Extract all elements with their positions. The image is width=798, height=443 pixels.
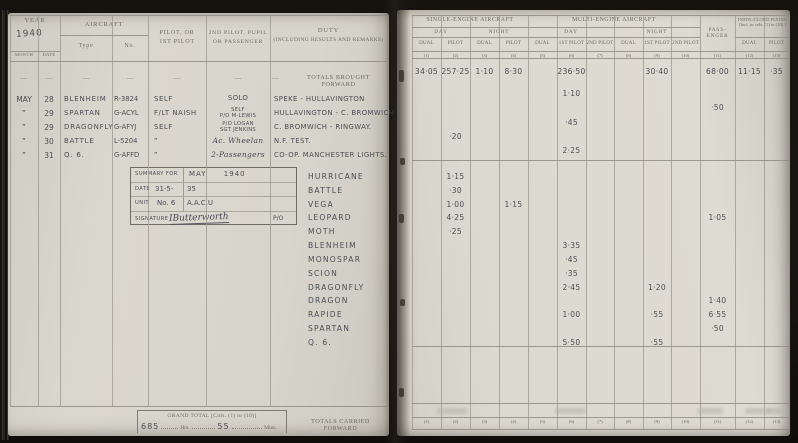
sub-column-header: DUAL [470, 37, 499, 51]
ruled-dash: — [60, 74, 112, 82]
row-line [412, 27, 700, 28]
column-number: (3) [470, 52, 499, 59]
totals-brought-forward-value: 8·30 [499, 67, 528, 76]
summary-hours-value: 4·25 [441, 213, 470, 222]
summary-hours-value: 1·15 [499, 200, 528, 209]
column-number: (11) [700, 52, 735, 59]
year-header: YEAR [10, 17, 60, 24]
aircraft-summary-name: MOTH [308, 227, 336, 236]
column-line [789, 15, 790, 429]
summary-hours-value: 6·55 [700, 310, 735, 319]
gutter-mark [399, 388, 404, 397]
summary-box: SUMMARY FOR MAY 1940 DATE 31-5- 35 UNIT … [130, 167, 297, 225]
entry-date: 29 [38, 123, 60, 132]
dotted-leader [161, 428, 178, 429]
summary-hours-value: ·45 [557, 255, 586, 264]
column-number: (6) [557, 52, 586, 59]
gutter-mark [399, 70, 404, 82]
column-line [528, 15, 529, 429]
ruled-dash: — [148, 74, 206, 82]
summary-box-row: DATE 31-5- 35 [131, 183, 296, 198]
entry-month: ” [10, 123, 38, 132]
entry-month: MAY [10, 95, 38, 104]
ruled-dash: — [38, 74, 60, 82]
instr-cloud-flying-header: INSTR./CLOUD FLYING [Incl. in cols. (1) … [737, 17, 788, 27]
hrs-label: Hrs. [180, 425, 189, 431]
sub-column-header: DUAL [735, 37, 764, 51]
aircraft-summary-name: BATTLE [308, 186, 343, 195]
entry-hours-value: 2·25 [557, 146, 586, 155]
column-number: (4) [499, 418, 528, 425]
entry-pilot: ” [154, 137, 158, 145]
gutter-mark [400, 158, 405, 165]
entry-second-pilot: 2-Passengers [206, 150, 270, 159]
ruled-dash: — [206, 74, 270, 82]
entry-month: ” [10, 151, 38, 160]
entry-aircraft-no: G-ACYL [114, 109, 139, 117]
totals-brought-forward-value: 68·00 [700, 67, 735, 76]
aircraft-header: AIRCRAFT [60, 21, 148, 28]
totals-brought-forward-value: 236·50 [557, 67, 586, 76]
row-line [10, 61, 387, 62]
faint-pencil-mark [437, 408, 467, 414]
entry-hours-value: ·20 [441, 132, 470, 141]
column-number: (5) [528, 418, 557, 425]
sub-column-header: PILOT [441, 37, 470, 51]
sub-column-header: PILOT [499, 37, 528, 51]
column-line [586, 15, 587, 429]
column-number: (9) [643, 52, 671, 59]
summary-hours-value: ·55 [643, 310, 671, 319]
column-number: (4) [499, 52, 528, 59]
column-number: (9) [643, 418, 671, 425]
row-line [412, 160, 789, 161]
summary-hours-value: 1·00 [557, 310, 586, 319]
column-number: (8) [614, 418, 643, 425]
passenger-header: PASS-ENGER [701, 18, 734, 48]
faint-pencil-mark [697, 408, 723, 414]
aircraft-summary-name: SPARTAN [308, 324, 350, 333]
column-line [735, 15, 736, 429]
duty-header-line2: (INCLUDING RESULTS AND REMARKS) [270, 37, 387, 43]
second-pilot-header-line1: 2ND PILOT, PUPIL [206, 30, 270, 36]
summary-hours-value: 3·35 [557, 241, 586, 250]
faint-pencil-mark [555, 408, 585, 414]
row-line [412, 15, 789, 16]
row-line [412, 429, 789, 430]
column-number: (8) [614, 52, 643, 59]
entry-date: 30 [38, 137, 60, 146]
grand-total-label: GRAND TOTAL [Cols. (1) to (10)] [138, 413, 286, 419]
column-number: (5) [528, 52, 557, 59]
dotted-leader [192, 428, 216, 429]
entry-hours-value: 1·10 [557, 89, 586, 98]
summary-box-row: UNIT No. 6 A.A.C.U [131, 197, 296, 212]
summary-hours-value: ·30 [441, 186, 470, 195]
ruled-dash: — [10, 74, 38, 82]
summary-hours-value: 1·00 [441, 200, 470, 209]
row-line [412, 403, 789, 404]
totals-brought-forward-value: 34·05 [412, 67, 441, 76]
totals-brought-forward-label: TOTALS BROUGHT FORWARD [290, 74, 387, 88]
totals-brought-forward-value: 1·10 [470, 67, 499, 76]
second-pilot-header-line2: OR PASSENGER [206, 39, 270, 45]
entry-date: 29 [38, 109, 60, 118]
column-line [270, 15, 271, 406]
summary-hours-value: 1·20 [643, 283, 671, 292]
entry-date: 31 [38, 151, 60, 160]
aircraft-summary-name: VEGA [308, 200, 334, 209]
column-line [499, 15, 500, 429]
grand-total-minutes: 55 [217, 422, 229, 431]
aircraft-summary-name: BLENHEIM [308, 241, 357, 250]
duty-header-line1: DUTY [270, 27, 387, 34]
entry-aircraft-type: BATTLE [64, 137, 95, 145]
column-number: (13) [764, 418, 789, 425]
aircraft-type-header: Type [60, 43, 112, 49]
row-line [10, 15, 387, 16]
entry-pilot: SELF [154, 95, 173, 103]
aircraft-summary-name: DRAGONFLY [308, 283, 364, 292]
column-number: (10) [671, 52, 700, 59]
row-line [10, 51, 60, 52]
entry-hours-value: ·45 [557, 118, 586, 127]
summary-hours-value: ·50 [700, 324, 735, 333]
summary-hours-value: 2·45 [557, 283, 586, 292]
gutter-mark [400, 299, 405, 306]
entry-aircraft-type: BLENHEIM [64, 95, 107, 103]
entry-duty: SPEKE - HULLAVINGTON [274, 95, 387, 103]
sub-column-header: 2ND PILOT [671, 37, 700, 51]
summary-unit-value-left: No. 6 [157, 199, 175, 207]
entry-second-pilot: SELFP/O M-LEWIS [206, 108, 270, 120]
ruled-dash: — [272, 74, 279, 82]
totals-brought-forward-value: 257·25 [441, 67, 470, 76]
totals-brought-forward-value: 11·15 [735, 67, 764, 76]
summary-signature-label: SIGNATURE [135, 216, 168, 222]
summary-hours-value: 1·15 [441, 172, 470, 181]
column-number: (2) [441, 418, 470, 425]
totals-brought-forward-value: 30·40 [643, 67, 671, 76]
entry-second-pilot-line: Ac. Wheelan [213, 136, 264, 145]
summary-hours-value: 1·40 [700, 296, 735, 305]
grand-total-value-row: 685 Hrs. 55 Mins. [141, 422, 277, 431]
column-number: (1) [412, 418, 441, 425]
column-number: (13) [764, 52, 789, 59]
pilot-header-line2: 1ST PILOT [148, 39, 206, 45]
column-line [671, 15, 672, 429]
date-header: DATE [38, 52, 60, 57]
aircraft-summary-name: RAPIDE [308, 310, 343, 319]
column-number: (10) [671, 418, 700, 425]
entry-second-pilot: SOLO [206, 94, 270, 102]
year-value: 1940 [16, 28, 43, 39]
column-number: (7) [586, 52, 614, 59]
summary-unit-label: UNIT [135, 200, 149, 206]
sub-column-header: 2ND PILOT [586, 37, 614, 51]
column-number: (12) [735, 52, 764, 59]
signature: IButterworth [169, 211, 229, 224]
column-number: (7) [586, 418, 614, 425]
dotted-leader [232, 428, 262, 429]
summary-hours-value: ·35 [557, 269, 586, 278]
aircraft-summary-name: HURRICANE [308, 172, 364, 181]
right-page: SINGLE-ENGINE AIRCRAFT MULTI-ENGINE AIRC… [397, 10, 790, 436]
entry-duty: N.F. TEST. [274, 137, 387, 145]
entry-second-pilot-line: SOLO [228, 94, 248, 102]
row-line [10, 406, 387, 407]
entry-aircraft-no: G-AFYJ [114, 123, 136, 131]
column-line [557, 15, 558, 429]
entry-month: ” [10, 109, 38, 118]
column-line [764, 15, 765, 429]
aircraft-summary-name: LEOPARD [308, 213, 352, 222]
summary-box-divider [183, 197, 184, 211]
column-line [643, 15, 644, 429]
entry-month: ” [10, 137, 38, 146]
column-number: (3) [470, 418, 499, 425]
entry-hours-value: ·50 [700, 103, 735, 112]
entry-duty: C. BROMWICH - RINGWAY. [274, 123, 387, 131]
sub-column-header: DUAL [528, 37, 557, 51]
summary-box-row: SUMMARY FOR MAY 1940 [131, 168, 296, 183]
mins-label: Mins. [264, 425, 277, 431]
summary-hours-value: 5·50 [557, 338, 586, 347]
column-number: (12) [735, 418, 764, 425]
row-line [412, 346, 789, 347]
summary-box-divider [183, 183, 184, 197]
summary-for-label: SUMMARY FOR [135, 171, 178, 177]
sub-column-header: PILOT [764, 37, 789, 51]
entry-second-pilot-line: P/O M-LEWIS [220, 114, 256, 120]
faint-pencil-mark [767, 408, 787, 414]
sub-column-header: DUAL [412, 37, 441, 51]
entry-aircraft-no: L-5204 [114, 137, 137, 145]
me-night-header: NIGHT [614, 29, 700, 35]
column-line [614, 15, 615, 429]
summary-for-value: MAY 1940 [189, 170, 246, 178]
entry-pilot: F/LT NAISH [154, 109, 197, 117]
row-line [60, 35, 148, 36]
me-day-header: DAY [528, 29, 614, 35]
column-number: (6) [557, 418, 586, 425]
gutter-mark [399, 214, 404, 223]
entry-second-pilot: P/O LOGANSGT JENKINS [206, 122, 270, 134]
sub-column-header: DUAL [614, 37, 643, 51]
sub-column-header: 1ST PILOT [643, 37, 671, 51]
sub-column-header: 1ST PILOT [557, 37, 586, 51]
pilot-header-line1: PILOT, OR [148, 30, 206, 36]
column-line [387, 15, 388, 406]
summary-date-value-right: 35 [187, 185, 196, 193]
column-number: (11) [700, 418, 735, 425]
summary-date-value-left: 31-5- [155, 185, 173, 193]
aircraft-no-header: No. [112, 43, 148, 49]
grand-total-hours: 685 [141, 422, 159, 431]
entry-duty: HULLAVINGTON - C. BROMWICH. [274, 109, 387, 117]
entry-date: 28 [38, 95, 60, 104]
month-header: MONTH [10, 52, 38, 57]
entry-aircraft-type: Q. 6. [64, 151, 85, 159]
left-page: YEAR 1940 MONTH DATE AIRCRAFT Type No. P… [8, 13, 389, 436]
entry-second-pilot: Ac. Wheelan [206, 136, 270, 145]
aircraft-summary-name: DRAGON [308, 296, 349, 305]
aircraft-summary-name: SCION [308, 269, 338, 278]
summary-unit-value-right: A.A.C.U [187, 199, 213, 207]
entry-pilot: SELF [154, 123, 173, 131]
totals-carried-forward-label: TOTALS CARRIED FORWARD [294, 418, 387, 432]
summary-hours-value: 1·05 [700, 213, 735, 222]
entry-second-pilot-line: 2-Passengers [211, 150, 265, 159]
entry-aircraft-type: DRAGONFLY [64, 123, 113, 131]
column-line [470, 15, 471, 429]
ruled-dash: — [112, 74, 148, 82]
summary-box-divider [183, 168, 184, 182]
signature-rank: P/O [273, 215, 283, 222]
entry-second-pilot-line: SGT JENKINS [220, 128, 256, 134]
summary-box-row: SIGNATURE IButterworth P/O [131, 212, 296, 226]
column-line [412, 15, 413, 429]
aircraft-summary-name: Q. 6. [308, 338, 332, 347]
entry-aircraft-type: SPARTAN [64, 109, 101, 117]
entry-pilot: ” [154, 151, 158, 159]
totals-brought-forward-value: ·35 [764, 67, 789, 76]
aircraft-summary-name: MONOSPAR [308, 255, 361, 264]
column-number: (1) [412, 52, 441, 59]
entry-aircraft-no: R-3824 [114, 95, 138, 103]
logbook-photo: YEAR 1940 MONTH DATE AIRCRAFT Type No. P… [0, 0, 798, 443]
entry-aircraft-no: G-AFFD [114, 151, 139, 159]
entry-duty: CO-OP. MANCHESTER LIGHTS. [274, 151, 387, 159]
column-number: (2) [441, 52, 470, 59]
summary-hours-value: ·25 [441, 227, 470, 236]
summary-hours-value: ·55 [643, 338, 671, 347]
